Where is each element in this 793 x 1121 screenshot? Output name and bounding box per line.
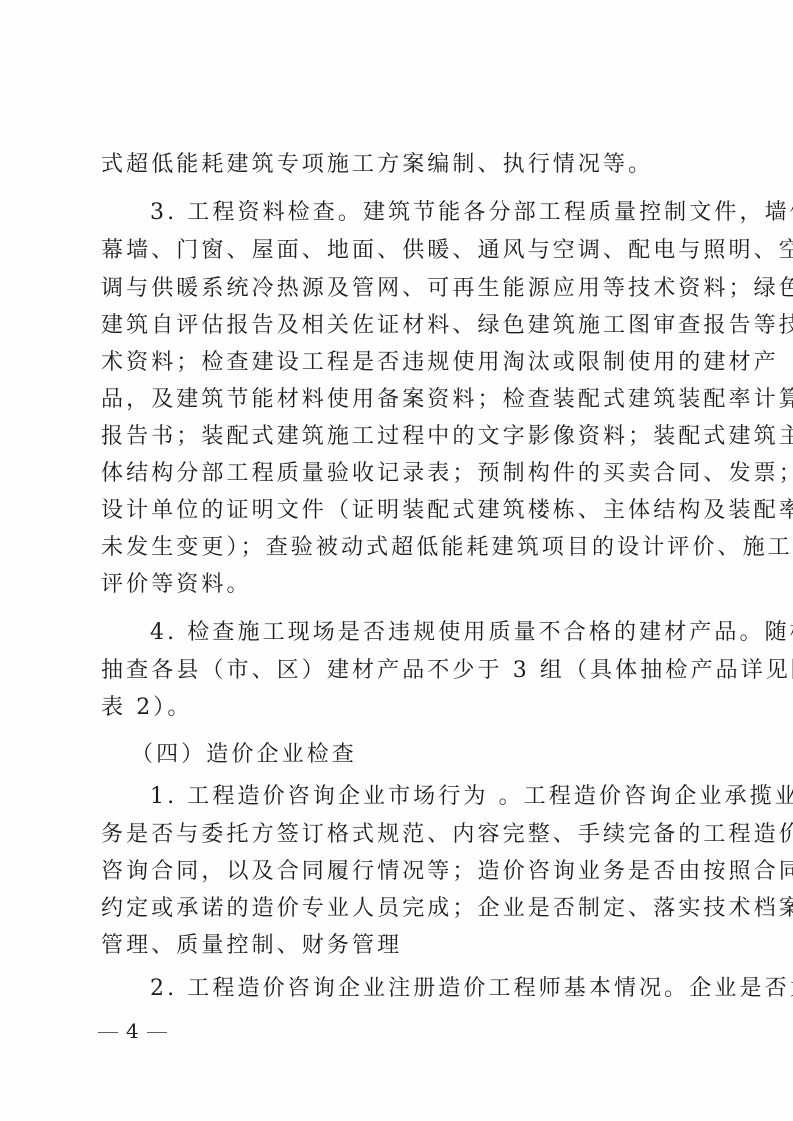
text-line: 报告书；装配式建筑施工过程中的文字影像资料；装配式建筑主 <box>101 423 691 451</box>
text-line: 2. 工程造价咨询企业注册造价工程师基本情况。企业是否为 <box>150 975 690 1003</box>
text-line: 管理、质量控制、财务管理 <box>101 932 691 960</box>
dash-right <box>147 1032 167 1033</box>
section-heading: （四）造价企业检查 <box>131 741 721 769</box>
text-line: 约定或承诺的造价专业人员完成；企业是否制定、落实技术档案 <box>101 895 691 923</box>
text-line: 务是否与委托方签订格式规范、内容完整、手续完备的工程造价 <box>101 821 691 849</box>
text-line: 建筑自评估报告及相关佐证材料、绿色建筑施工图审查报告等技 <box>101 312 691 340</box>
text-line: 体结构分部工程质量验收记录表；预制构件的买卖合同、发票； <box>101 460 691 488</box>
text-line: 式超低能耗建筑专项施工方案编制、执行情况等。 <box>101 151 691 179</box>
text-line: 抽查各县（市、区）建材产品不少于 3 组（具体抽检产品详见附 <box>101 657 691 685</box>
text-line: 4. 检查施工现场是否违规使用质量不合格的建材产品。随机 <box>150 619 690 647</box>
text-line: 术资料；检查建设工程是否违规使用淘汰或限制使用的建材产 <box>101 349 691 377</box>
text-line: 表 2）。 <box>101 694 691 722</box>
page-number-value: 4 <box>126 1019 139 1043</box>
text-line: 3. 工程资料检查。建筑节能各分部工程质量控制文件，墙体、 <box>150 199 690 227</box>
text-line: 幕墙、门窗、屋面、地面、供暖、通风与空调、配电与照明、空 <box>101 237 691 265</box>
document-page: 式超低能耗建筑专项施工方案编制、执行情况等。 3. 工程资料检查。建筑节能各分部… <box>0 0 793 1121</box>
text-line: 咨询合同，以及合同履行情况等；造价咨询业务是否由按照合同 <box>101 858 691 886</box>
page-number: 4 <box>90 1018 175 1044</box>
text-line: 1. 工程造价咨询企业市场行为 。工程造价咨询企业承揽业 <box>150 783 690 811</box>
text-line: 品，及建筑节能材料使用备案资料；检查装配式建筑装配率计算 <box>101 386 691 414</box>
text-line: 设计单位的证明文件（证明装配式建筑楼栋、主体结构及装配率 <box>101 497 691 525</box>
text-line: 未发生变更）；查验被动式超低能耗建筑项目的设计评价、施工 <box>101 534 691 562</box>
text-line: 评价等资料。 <box>101 571 691 599</box>
text-line: 调与供暖系统冷热源及管网、可再生能源应用等技术资料；绿色 <box>101 275 691 303</box>
dash-left <box>98 1032 118 1033</box>
